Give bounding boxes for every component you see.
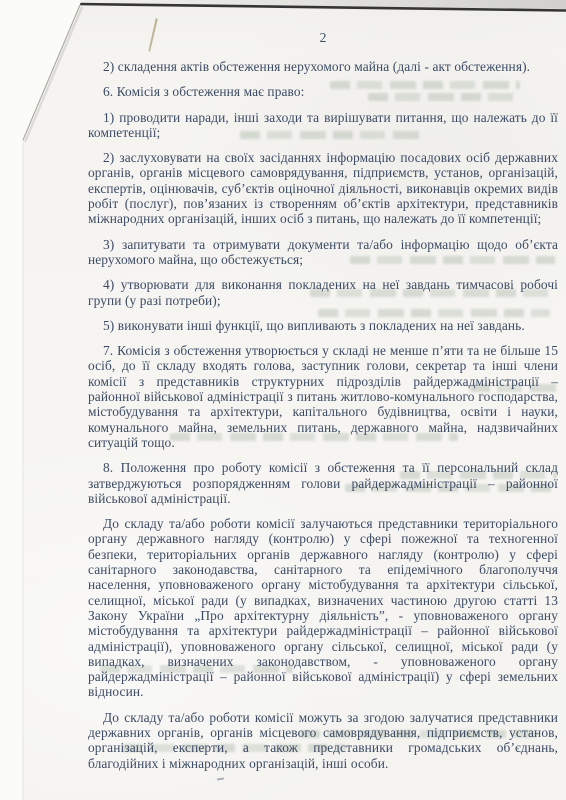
document-paragraph: До складу та/або роботи комісії можуть з…	[88, 710, 558, 771]
document-paragraph: 2) складення актів обстеження нерухомого…	[88, 59, 558, 74]
document-paragraph: 4) утворювати для виконання покладених н…	[88, 277, 558, 308]
document-body: 2) складення актів обстеження нерухомого…	[88, 59, 558, 781]
document-paragraph: До складу та/або роботи комісії залучают…	[88, 516, 558, 700]
scanned-page: 2 2) складення актів обстеження нерухомо…	[0, 0, 566, 800]
page-number: 2	[88, 30, 558, 46]
document-paragraph: 5) виконувати інші функції, що випливают…	[88, 318, 558, 333]
document-paragraph: 2) заслуховувати на своїх засіданнях інф…	[88, 150, 558, 226]
document-paragraph: 3) запитувати та отримувати документи та…	[88, 237, 558, 268]
document-paragraph: 6. Комісія з обстеження має право:	[88, 84, 558, 99]
document-paragraph: 7. Комісія з обстеження утворюється у ск…	[88, 343, 558, 450]
document-paragraph: 8. Положення про роботу комісії з обстеж…	[88, 460, 558, 506]
document-paragraph: 1) проводити наради, інші заходи та вирі…	[88, 110, 558, 141]
scan-speck-artifact	[11, 113, 15, 118]
